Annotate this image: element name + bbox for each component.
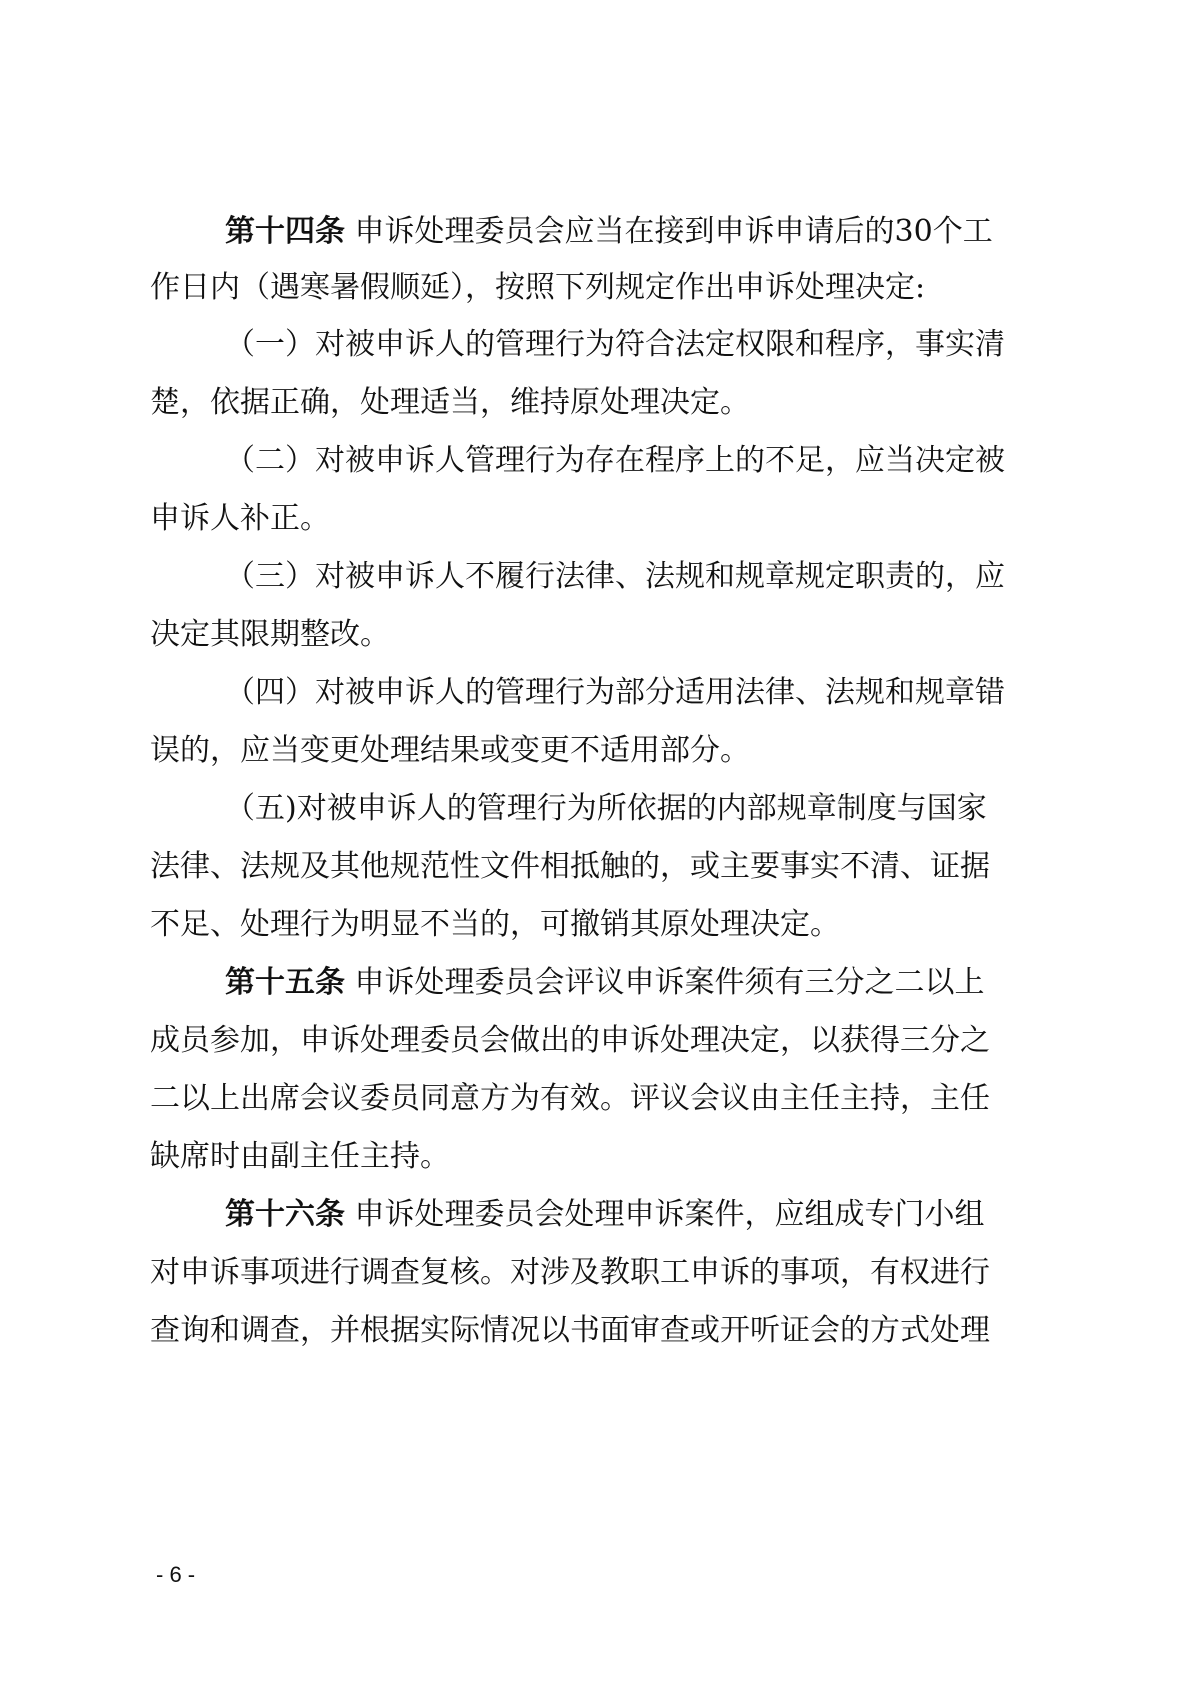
item-1-line-2: 楚，依据正确，处理适当，维持原处理决定。 [150,383,970,423]
article-16-line-1: 第十六条 申诉处理委员会处理申诉案件，应组成专门小组 [225,1195,970,1235]
item-1-line-1: （一）对被申诉人的管理行为符合法定权限和程序，事实清 [225,325,970,365]
item-3-line-1: （三）对被申诉人不履行法律、法规和规章规定职责的，应 [225,557,970,597]
page-number: - 6 - [156,1562,195,1588]
article-15-line-4: 缺席时由副主任主持。 [150,1137,970,1177]
document-page: 第十四条 申诉处理委员会应当在接到申诉申请后的30个工 作日内（遇寒暑假顺延），… [0,0,1191,1684]
article-14-line-2: 作日内（遇寒暑假顺延），按照下列规定作出申诉处理决定: [150,268,970,308]
article-heading: 第十四条 [225,214,345,249]
article-heading: 第十五条 [225,965,345,1000]
article-15-line-1: 第十五条 申诉处理委员会评议申诉案件须有三分之二以上 [225,963,970,1003]
article-15-line-3: 二以上出席会议委员同意方为有效。评议会议由主任主持，主任 [150,1079,970,1119]
article-15-line-2: 成员参加，申诉处理委员会做出的申诉处理决定，以获得三分之 [150,1021,970,1061]
article-14-line-1: 第十四条 申诉处理委员会应当在接到申诉申请后的30个工 [225,212,970,252]
item-5-line-1: （五)对被申诉人的管理行为所依据的内部规章制度与国家 [225,789,970,829]
item-4-line-2: 误的，应当变更处理结果或变更不适用部分。 [150,731,970,771]
item-2-line-2: 申诉人补正。 [150,499,970,539]
item-5-line-2: 法律、法规及其他规范性文件相抵触的，或主要事实不清、证据 [150,847,970,887]
article-16-line-3: 查询和调查，并根据实际情况以书面审查或开听证会的方式处理 [150,1311,970,1351]
item-4-line-1: （四）对被申诉人的管理行为部分适用法律、法规和规章错 [225,673,970,713]
item-2-line-1: （二）对被申诉人管理行为存在程序上的不足，应当决定被 [225,441,970,481]
item-3-line-2: 决定其限期整改。 [150,615,970,655]
article-heading: 第十六条 [225,1197,345,1232]
article-16-line-2: 对申诉事项进行调查复核。对涉及教职工申诉的事项，有权进行 [150,1253,970,1293]
item-5-line-3: 不足、处理行为明显不当的，可撤销其原处理决定。 [150,905,970,945]
